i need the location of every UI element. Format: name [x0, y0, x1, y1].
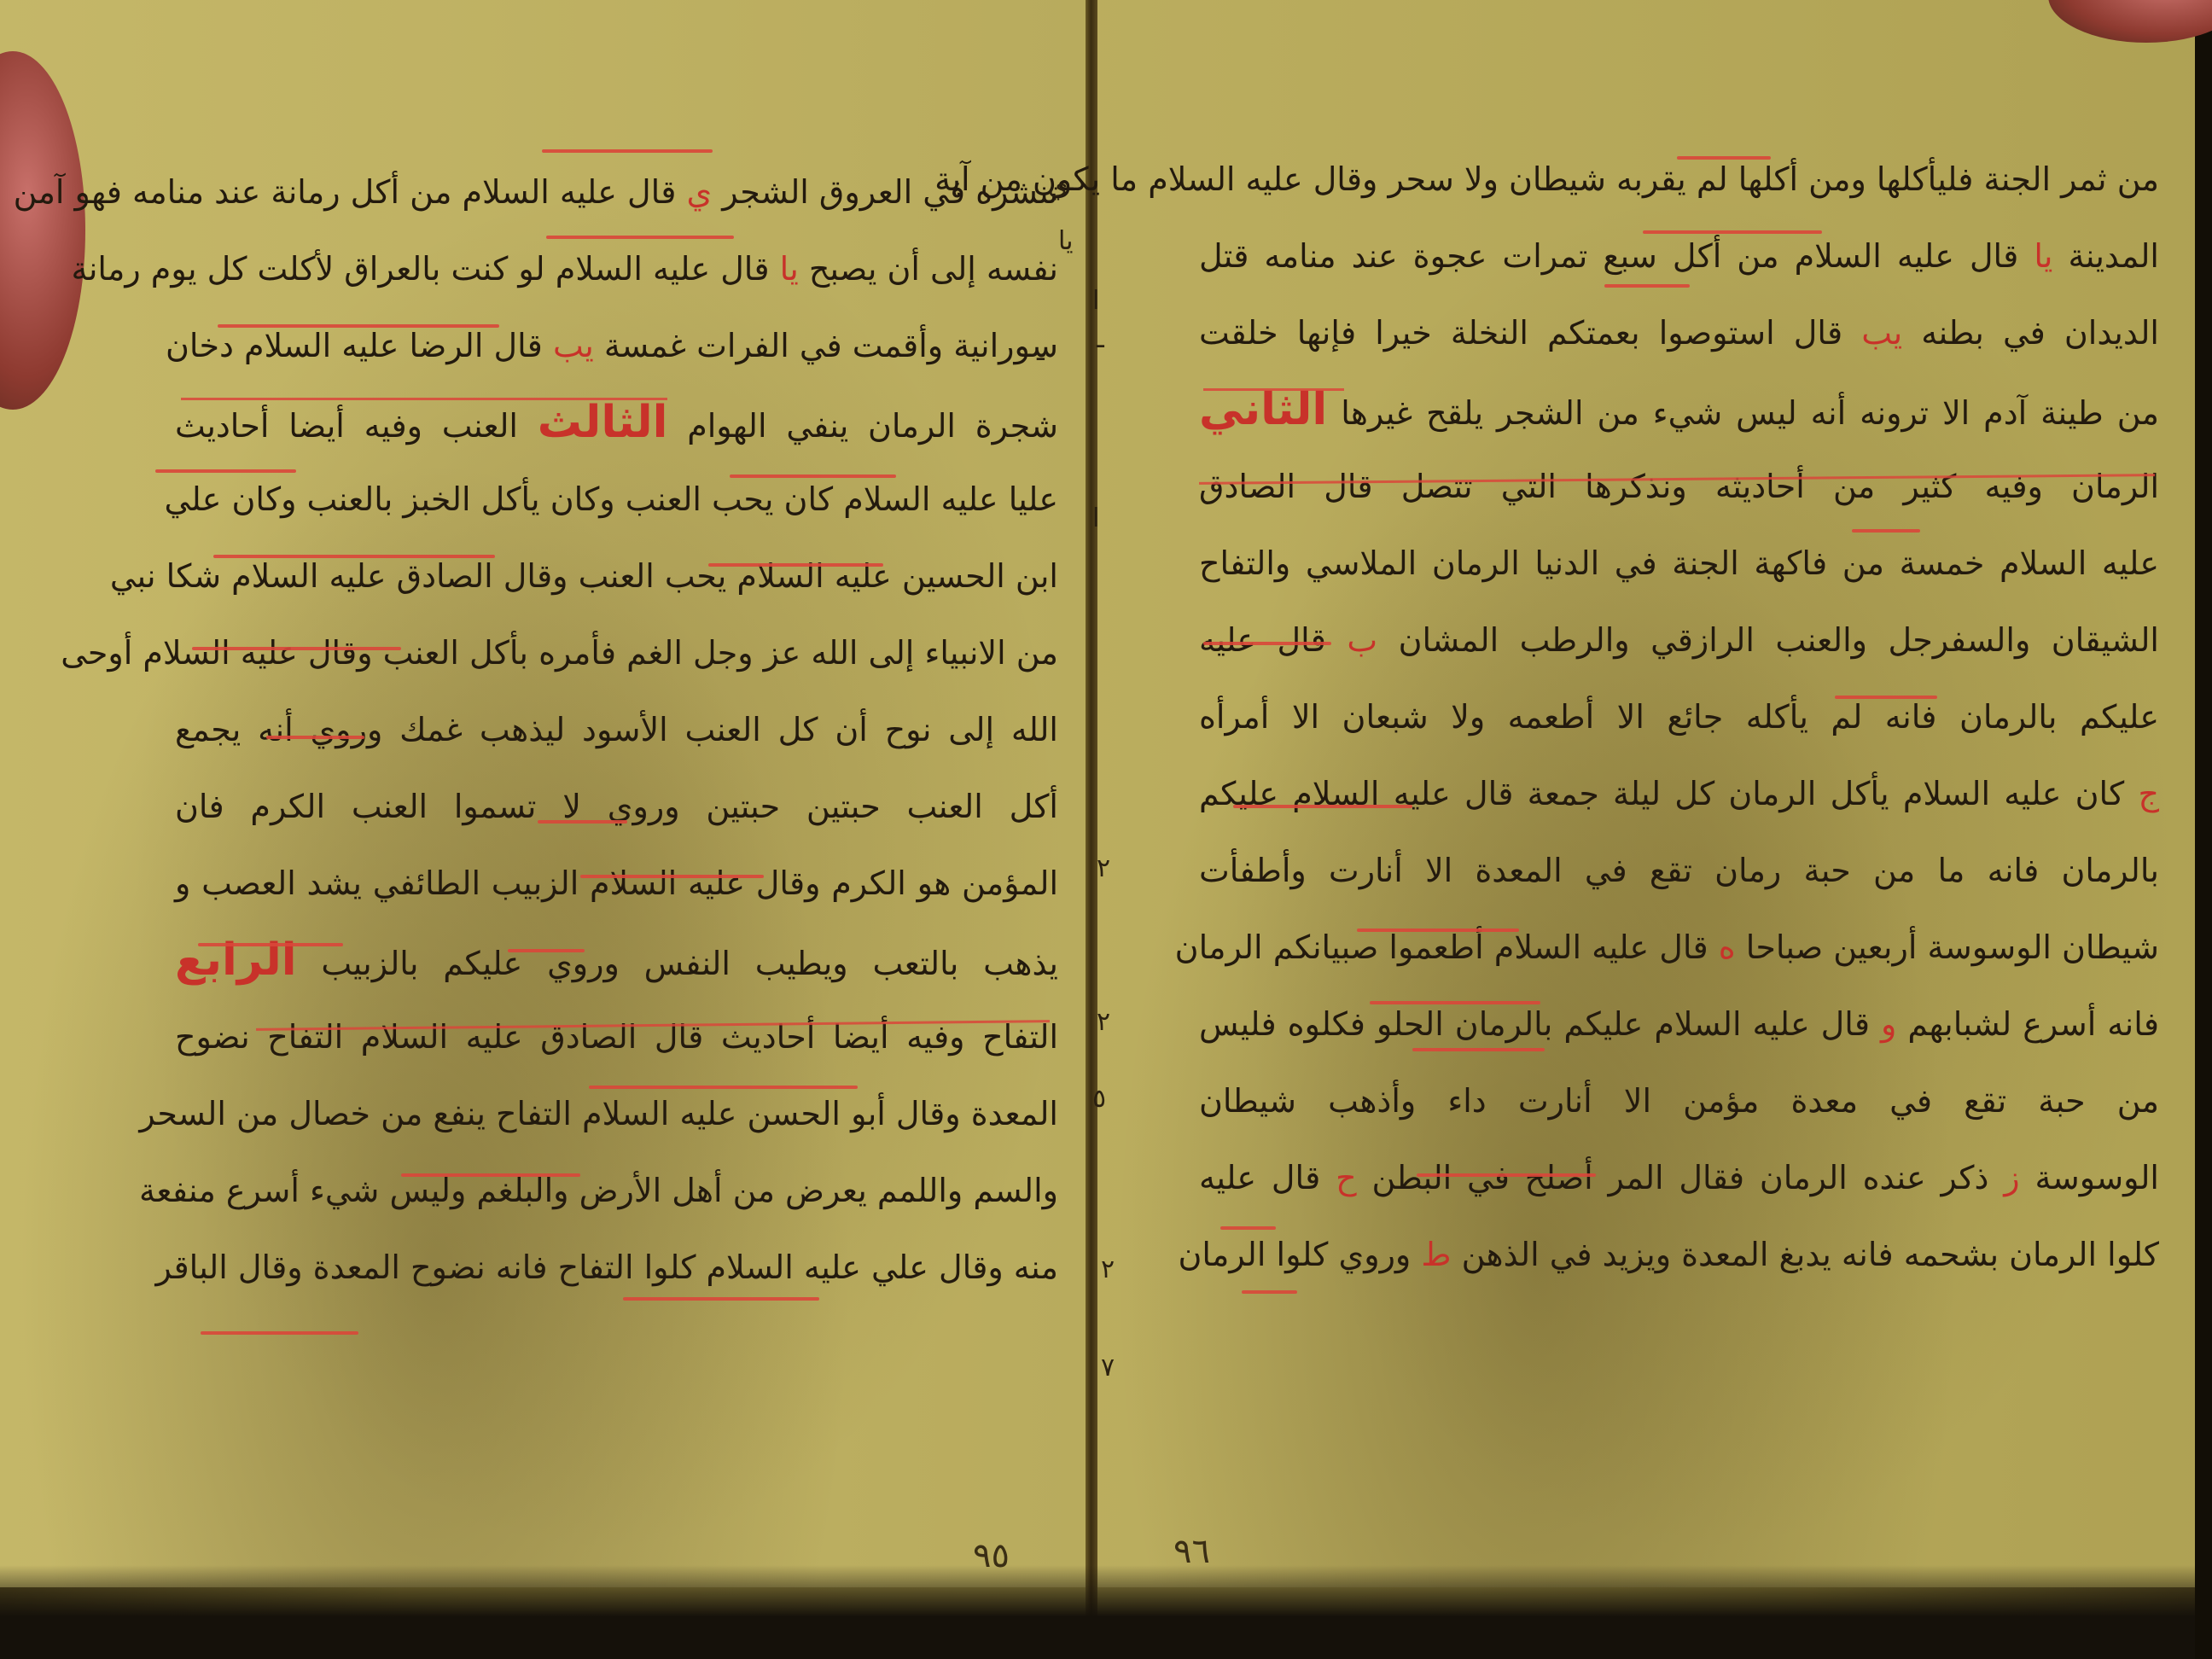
- line-text: شيطان الوسوسة أربعين صباحا: [1746, 928, 2159, 966]
- line-text: من حبة تقع في معدة مؤمن الا أنارت داء وأ…: [1199, 1082, 2159, 1120]
- bottom-shadow: [0, 1565, 2212, 1659]
- left-line-5: عليا عليه السلام كان يحب العنب وكان يأكل…: [175, 461, 1058, 538]
- line-text: المدينة: [2068, 237, 2158, 275]
- line-text: عليكم بالرمان الحلو فكلوه فليس: [1199, 1005, 1643, 1043]
- section-heading: الرابع: [175, 934, 297, 986]
- left-line-12: التفاح وفيه أيضا أحاديث قال الصادق عليه …: [175, 998, 1058, 1075]
- line-text: قال عليه: [1199, 1159, 1320, 1196]
- right-line-10: بالرمان فانه ما من حبة رمان تقع في المعد…: [1199, 832, 2159, 909]
- gutter-mark: ـ: [1037, 337, 1045, 367]
- right-line-15: كلوا الرمان بشحمه فانه يدبغ المعدة ويزيد…: [1199, 1216, 2159, 1293]
- gutter-mark: ـ: [1097, 324, 1104, 354]
- left-line-14: والسم واللمم يعرض من أهل الأرض والبلغم و…: [175, 1152, 1058, 1229]
- line-text: منه وقال علي عليه السلام كلوا التفاح فان…: [155, 1249, 1058, 1286]
- rubric-overline: [1412, 1048, 1545, 1051]
- line-text: عليه السلام خمسة من فاكهة الجنة في الدني…: [1199, 544, 2159, 582]
- right-line-5: الرمان وفيه كثير من أحاديثه ونذكرها التي…: [1199, 448, 2159, 525]
- right-line-14: الوسوسة ز ذكر عنده الرمان فقال المر أصلح…: [1199, 1139, 2159, 1216]
- rubric-overline: [266, 736, 364, 739]
- folio-number-left: ٩٥: [973, 1536, 1010, 1575]
- left-line-15: منه وقال علي عليه السلام كلوا التفاح فان…: [175, 1229, 1058, 1306]
- left-line-6: ابن الحسين عليه السلام يحب العنب وقال ال…: [175, 538, 1058, 614]
- rubric-overline: [201, 1331, 358, 1335]
- rubric-overline: [623, 1297, 819, 1301]
- line-text: الله إلى نوح أن كل العنب الأسود ليذهب غم…: [175, 711, 1058, 748]
- line-text: سورانية وأقمت في الفرات غمسة: [604, 327, 1058, 364]
- rubric-phrase: قال الرضا عليه السلام: [244, 327, 543, 364]
- rubric-marker: ج: [2138, 775, 2159, 812]
- line-text: من الانبياء إلى الله عز وجل الغم فأمره ب…: [61, 634, 1058, 672]
- rubric-overline: [198, 943, 343, 946]
- line-text: استوصوا بعمتكم النخلة خيرا فإنها خلقت: [1199, 314, 1775, 352]
- line-text: لو كنت بالعراق لأكلت كل يوم رمانة: [71, 250, 544, 288]
- left-line-8: الله إلى نوح أن كل العنب الأسود ليذهب غم…: [175, 691, 1058, 768]
- right-line-11: شيطان الوسوسة أربعين صباحا ه قال عليه ال…: [1199, 909, 2159, 986]
- line-text: ابن الحسين عليه السلام يحب العنب وقال ال…: [110, 557, 1058, 595]
- rubric-phrase: قال عليه: [1199, 621, 1326, 659]
- rubric-overline: [1643, 230, 1822, 234]
- left-line-7: من الانبياء إلى الله عز وجل الغم فأمره ب…: [175, 614, 1058, 691]
- rubric-overline: [213, 555, 495, 558]
- rubric-overline: [1242, 1290, 1297, 1294]
- rubric-marker: يب: [1861, 314, 1902, 352]
- rubric-overline: [192, 647, 401, 650]
- folio-number-right: ٩٦: [1173, 1532, 1210, 1571]
- rubric-phrase: ذكر عنده: [1863, 1159, 1989, 1196]
- rubric-marker: ح: [1336, 1159, 1357, 1196]
- rubric-overline: [155, 469, 296, 473]
- right-line-6: عليه السلام خمسة من فاكهة الجنة في الدني…: [1199, 525, 2159, 602]
- line-text: الرمان وفيه كثير من أحاديثه ونذكرها التي…: [1401, 468, 2159, 505]
- left-line-9: أكل العنب حبتين حبتين وروي لا تسموا العن…: [175, 768, 1058, 845]
- rubric-phrase: قال: [1794, 314, 1842, 352]
- line-text: والسم واللمم يعرض من أهل الأرض والبلغم و…: [139, 1172, 1058, 1209]
- dark-edge: [2195, 0, 2212, 1659]
- gutter-mark: ا: [1092, 286, 1099, 316]
- heading-rule: [1203, 388, 1344, 391]
- rubric-overline: [730, 474, 896, 478]
- rubric-overline: [508, 949, 585, 952]
- rubric-phrase: قال الصادق: [1199, 468, 1373, 505]
- rubric-overline: [1604, 284, 1690, 288]
- rubric-phrase: قال عليه السلام: [463, 173, 677, 211]
- line-text: كلوا الرمان: [1178, 1236, 1328, 1273]
- left-line-11: يذهب بالتعب ويطيب النفس وروي عليكم بالزب…: [175, 922, 1058, 998]
- line-text: من طينة آدم الا ترونه أنه ليس شيء من الش…: [1341, 394, 2159, 432]
- book-gutter: [1086, 0, 1097, 1621]
- rubric-marker: ط: [1421, 1236, 1451, 1273]
- line-text: يذهب بالتعب ويطيب النفس وروي عليكم بالزب…: [321, 945, 1058, 982]
- rubric-marker: يب: [553, 327, 594, 364]
- line-text: من أكل رمانة عند منامه فهو آمن: [14, 173, 452, 211]
- right-line-12: فانه أسرع لشبابهم و قال عليه السلام عليك…: [1199, 986, 2159, 1062]
- line-text: المعدة وقال أبو الحسن عليه السلام التفاح…: [139, 1095, 1058, 1132]
- line-text: العنب وفيه أيضا أحاديث: [175, 407, 518, 445]
- rubric-overline: [1417, 1173, 1596, 1177]
- rubric-overline: [401, 1173, 580, 1177]
- right-line-7: الشيقان والسفرجل والعنب الرازقي والرطب ا…: [1199, 602, 2159, 678]
- rubric-marker: ز: [2004, 1159, 2019, 1196]
- left-line-2: نفسه إلى أن يصبح يا قال عليه السلام لو ك…: [175, 230, 1058, 307]
- rubric-overline: [708, 563, 883, 567]
- section-heading: الثالث: [538, 397, 668, 448]
- rubric-phrase: قال عليه السلام: [1795, 237, 2019, 275]
- rubric-phrase: قال عليه السلام: [1494, 928, 1708, 966]
- right-line-13: من حبة تقع في معدة مؤمن الا أنارت داء وأ…: [1199, 1062, 2159, 1139]
- rubric-marker: يا: [780, 250, 799, 288]
- rubric-overline: [1677, 156, 1771, 160]
- line-text: عليكم بالرمان فانه لم يأكله جائع الا أطع…: [1199, 698, 2159, 736]
- rubric-overline: [218, 324, 499, 328]
- rubric-overline: [1852, 529, 1920, 533]
- line-text: الشيقان والسفرجل والعنب الرازقي والرطب ا…: [1399, 621, 2159, 659]
- gutter-mark: ٢: [1097, 1007, 1110, 1037]
- line-text: شجرة الرمان ينفي الهوام: [687, 407, 1058, 445]
- line-text: الوسوسة: [2035, 1159, 2159, 1196]
- line-text: من ثمر الجنة فليأكلها ومن أكلها لم يقربه…: [934, 160, 2159, 198]
- rubric-overline: [546, 236, 734, 239]
- line-text: نفسه إلى أن يصبح: [809, 250, 1058, 288]
- left-line-1: تنشره في العروق الشجر ي قال عليه السلام …: [175, 154, 1058, 230]
- line-text: عليا عليه السلام كان يحب العنب وكان يأكل…: [165, 480, 1059, 518]
- right-line-2: المدينة يا قال عليه السلام من أكل سبع تم…: [1199, 218, 2159, 294]
- line-text: بالرمان فانه ما من حبة رمان تقع في المعد…: [1199, 852, 2159, 889]
- right-page-text: من ثمر الجنة فليأكلها ومن أكلها لم يقربه…: [1199, 141, 2159, 1293]
- rubric-overline: [580, 875, 764, 878]
- line-text: من أكل سبع تمرات عجوة عند منامه قتل: [1199, 237, 1779, 275]
- rubric-marker: و: [1881, 1005, 1896, 1043]
- rubric-overline: [1357, 928, 1519, 932]
- left-line-3: سورانية وأقمت في الفرات غمسة يب قال الرض…: [175, 307, 1058, 384]
- line-text: كلوا الرمان بشحمه فانه يدبغ المعدة ويزيد…: [1462, 1236, 2159, 1273]
- line-text: الرمان فقال المر أصلح في البطن: [1372, 1159, 1848, 1196]
- gutter-mark: ٥: [1092, 1084, 1106, 1114]
- line-text: كان عليه السلام يأكل الرمان كل ليلة جمعة: [1528, 775, 2125, 812]
- rubric-phrase: قال عليه السلام: [1654, 1005, 1870, 1043]
- section-heading: الثاني: [1199, 384, 1327, 435]
- rubric-overline: [1835, 696, 1937, 699]
- rubric-overline: [538, 820, 627, 824]
- line-text: أطعموا صبيانكم الرمان: [1175, 928, 1484, 966]
- rubric-overline: [1370, 1001, 1540, 1004]
- gutter-mark: ٧: [1101, 1353, 1115, 1382]
- right-line-4: من طينة آدم الا ترونه أنه ليس شيء من الش…: [1199, 371, 2159, 448]
- line-text: تنشره في العروق الشجر: [722, 173, 1058, 211]
- rubric-marker: يا: [2034, 237, 2052, 275]
- rubric-phrase: قال عليه السلام: [556, 250, 770, 288]
- rubric-overline: [589, 1086, 858, 1089]
- rubric-marker: ه: [1719, 928, 1736, 966]
- line-text: المؤمن هو الكرم وقال عليه السلام الزبيب …: [175, 864, 1058, 902]
- rubric-overline: [1220, 1226, 1276, 1230]
- gutter-mark: ٢: [1101, 1254, 1115, 1284]
- line-text: الديدان في بطنه: [1921, 314, 2159, 352]
- rubric-overline: [1203, 642, 1331, 645]
- gutter-mark: ي: [1048, 171, 1068, 201]
- left-line-4: شجرة الرمان ينفي الهوام الثالث العنب وفي…: [175, 384, 1058, 461]
- right-line-8: عليكم بالرمان فانه لم يأكله جائع الا أطع…: [1199, 678, 2159, 755]
- gutter-mark: ا: [1092, 504, 1099, 533]
- left-line-10: المؤمن هو الكرم وقال عليه السلام الزبيب …: [175, 845, 1058, 922]
- line-text: فانه أسرع لشبابهم: [1907, 1005, 2159, 1043]
- gutter-mark: يا: [1058, 226, 1074, 256]
- right-line-9: ج كان عليه السلام يأكل الرمان كل ليلة جم…: [1199, 755, 2159, 832]
- rubric-overline: [1233, 805, 1412, 808]
- rubric-marker: ب: [1347, 621, 1377, 659]
- rubric-phrase: وروي: [1338, 1236, 1411, 1273]
- gutter-mark: ٢: [1097, 853, 1110, 883]
- rubric-overline: [542, 149, 713, 153]
- line-text: دخان: [166, 327, 234, 364]
- right-line-1: من ثمر الجنة فليأكلها ومن أكلها لم يقربه…: [1199, 141, 2159, 218]
- heading-rule: [181, 398, 667, 400]
- rubric-marker: ي: [686, 173, 712, 211]
- right-line-3: الديدان في بطنه يب قال استوصوا بعمتكم ال…: [1199, 294, 2159, 371]
